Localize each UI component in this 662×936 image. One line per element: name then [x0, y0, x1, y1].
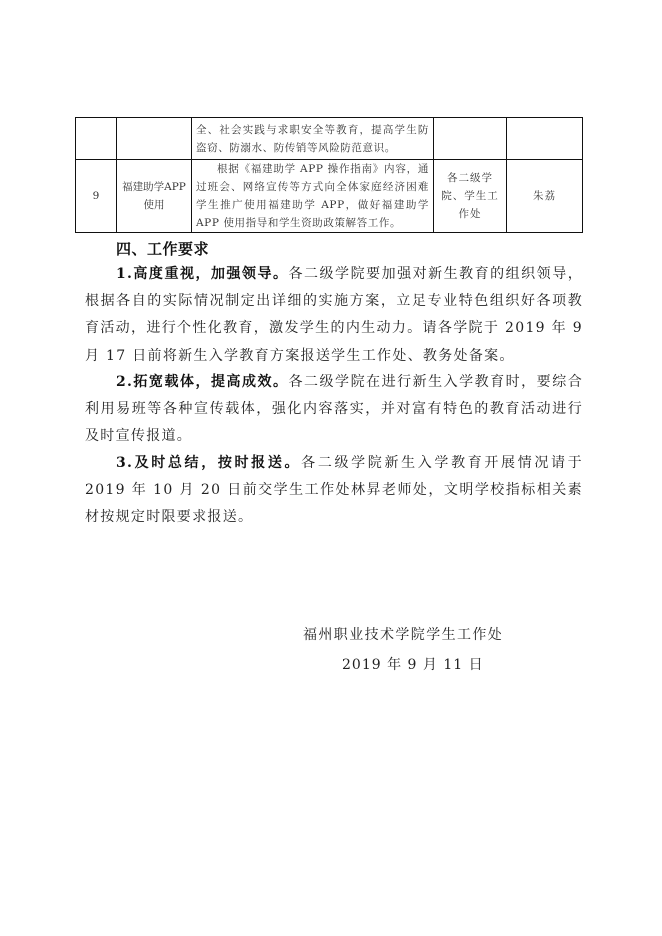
requirement-lead: 2.拓宽载体，提高成效。	[85, 374, 289, 390]
signature-organization: 福州职业技术学院学生工作处	[303, 624, 503, 644]
requirement-paragraph-2: 2.拓宽载体，提高成效。各二级学院在进行新生入学教育时，要综合利用易班等各种宣传…	[85, 369, 583, 451]
signature-date: 2019 年 9 月 11 日	[342, 654, 484, 674]
requirement-paragraph-1: 1.高度重视，加强领导。各二级学院要加强对新生教育的组织领导，根据各自的实际情况…	[85, 261, 583, 370]
table-row: 全、社会实践与求职安全等教育，提高学生防盗窃、防溺水、防传销等风险防范意识。	[76, 118, 583, 160]
cell-number	[76, 118, 117, 160]
cell-number: 9	[76, 160, 117, 233]
cell-item: 福建助学APP 使用	[117, 160, 192, 233]
cell-department	[434, 118, 507, 160]
section-heading: 四、工作要求	[116, 238, 209, 259]
document-page: 全、社会实践与求职安全等教育，提高学生防盗窃、防溺水、防传销等风险防范意识。 9…	[0, 0, 662, 936]
requirement-lead: 1.高度重视，加强领导。	[85, 266, 289, 282]
cell-content: 全、社会实践与求职安全等教育，提高学生防盗窃、防溺水、防传销等风险防范意识。	[192, 118, 434, 160]
requirement-paragraph-3: 3.及时总结，按时报送。各二级学院新生入学教育开展情况请于 2019 年 10 …	[85, 450, 583, 532]
table-row: 9 福建助学APP 使用 根据《福建助学 APP 操作指南》内容，通过班会、网络…	[76, 160, 583, 233]
requirement-lead: 3.及时总结，按时报送。	[85, 455, 301, 471]
cell-responsible-person: 朱荔	[507, 160, 583, 233]
cell-responsible-person	[507, 118, 583, 160]
cell-department: 各二级学院、学生工作处	[434, 160, 507, 233]
cell-item	[117, 118, 192, 160]
cell-content: 根据《福建助学 APP 操作指南》内容，通过班会、网络宣传等方式向全体家庭经济困…	[192, 160, 434, 233]
task-table: 全、社会实践与求职安全等教育，提高学生防盗窃、防溺水、防传销等风险防范意识。 9…	[75, 117, 583, 233]
